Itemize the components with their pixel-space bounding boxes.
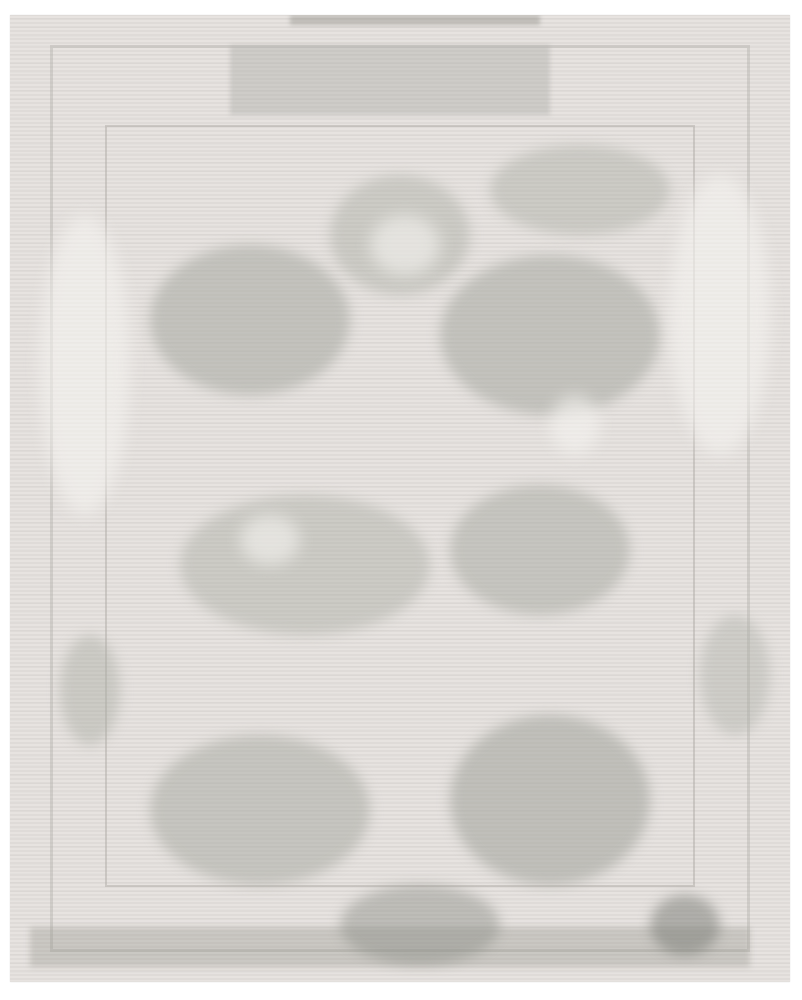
corner-motif xyxy=(650,895,720,955)
worn-highlight xyxy=(40,215,130,515)
floral-motif xyxy=(490,145,670,235)
floral-motif xyxy=(440,255,660,415)
worn-highlight xyxy=(670,175,770,455)
floral-motif xyxy=(150,245,350,395)
worn-highlight xyxy=(370,215,440,275)
floral-motif xyxy=(340,885,500,965)
floral-motif xyxy=(180,495,430,635)
side-motif xyxy=(60,635,120,745)
floral-motif xyxy=(450,715,650,885)
floral-motif xyxy=(450,485,630,615)
worn-highlight xyxy=(240,515,300,565)
floral-motif xyxy=(150,735,370,885)
rug-top-edge-wear xyxy=(290,15,540,25)
side-motif xyxy=(700,615,770,735)
rug: Rectangular rug with a faded, abraded me… xyxy=(10,15,790,982)
worn-highlight xyxy=(550,395,600,455)
rug-description: Rectangular rug with a faded, abraded me… xyxy=(10,15,11,16)
